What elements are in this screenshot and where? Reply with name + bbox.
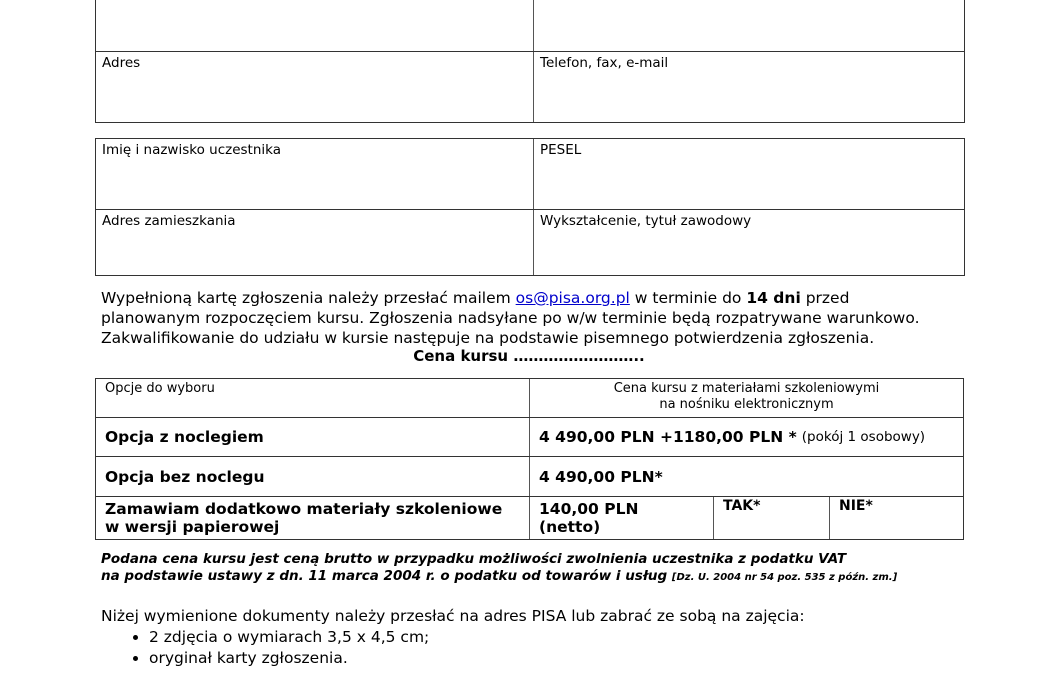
legal-citation: [Dz. U. 2004 nr 54 poz. 535 z późn. zm.] xyxy=(672,572,897,583)
vat-note-line-1: Podana cena kursu jest ceną brutto w prz… xyxy=(101,551,897,568)
paper-materials-line-1: Zamawiam dodatkowo materiały szkoleniowe xyxy=(105,500,520,518)
company-name-row xyxy=(96,0,964,51)
paper-materials-label: Zamawiam dodatkowo materiały szkoleniowe… xyxy=(96,497,530,539)
participant-name-row: Imię i nazwisko uczestnika PESEL xyxy=(96,139,964,209)
company-name-field[interactable] xyxy=(96,0,534,51)
list-item: oryginał karty zgłoszenia. xyxy=(149,648,805,669)
paper-materials-price: 140,00 PLN (netto) xyxy=(530,497,714,539)
option-label: Opcja z noclegiem xyxy=(96,418,530,456)
documents-list: 2 zdjęcia o wymiarach 3,5 x 4,5 cm; oryg… xyxy=(101,627,805,669)
company-nip-field[interactable] xyxy=(534,0,964,51)
company-address-row: Adres Telefon, fax, e-mail xyxy=(96,51,964,122)
price-note: (pokój 1 osobowy) xyxy=(802,429,925,445)
yes-option[interactable]: TAK* xyxy=(714,497,830,539)
price-row-with-accommodation[interactable]: Opcja z noclegiem 4 490,00 PLN +1180,00 … xyxy=(96,417,963,456)
option-label: Opcja bez noclegu xyxy=(96,457,530,496)
instructions-line-1: Wypełnioną kartę zgłoszenia należy przes… xyxy=(101,288,920,308)
price-table: Opcje do wyboru Cena kursu z materiałami… xyxy=(95,378,964,540)
instructions-text: w terminie do xyxy=(630,289,747,307)
instructions-paragraph: Wypełnioną kartę zgłoszenia należy przes… xyxy=(101,288,920,348)
paper-price-line-1: 140,00 PLN xyxy=(539,500,704,518)
vat-note: Podana cena kursu jest ceną brutto w prz… xyxy=(101,551,897,586)
list-item: 2 zdjęcia o wymiarach 3,5 x 4,5 cm; xyxy=(149,627,805,648)
instructions-line-3: Zakwalifikowanie do udziału w kursie nas… xyxy=(101,328,920,348)
required-documents: Niżej wymienione dokumenty należy przesł… xyxy=(101,606,805,669)
address-field[interactable]: Adres xyxy=(96,52,534,122)
deadline-text: 14 dni xyxy=(746,289,800,307)
participant-address-row: Adres zamieszkania Wykształcenie, tytuł … xyxy=(96,209,964,275)
education-field[interactable]: Wykształcenie, tytuł zawodowy xyxy=(534,210,964,275)
home-address-field[interactable]: Adres zamieszkania xyxy=(96,210,534,275)
company-table: Adres Telefon, fax, e-mail xyxy=(95,0,965,123)
contact-field[interactable]: Telefon, fax, e-mail xyxy=(534,52,964,122)
instructions-text: Wypełnioną kartę zgłoszenia należy przes… xyxy=(101,289,516,307)
option-price: 4 490,00 PLN* xyxy=(530,457,963,496)
price-header-line-1: Cena kursu z materiałami szkoleniowymi xyxy=(539,381,954,397)
price-title: Cena kursu …………………….. xyxy=(0,347,1058,365)
option-price: 4 490,00 PLN +1180,00 PLN * (pokój 1 oso… xyxy=(530,425,963,450)
email-link[interactable]: os@pisa.org.pl xyxy=(516,289,630,307)
participant-table: Imię i nazwisko uczestnika PESEL Adres z… xyxy=(95,138,965,276)
instructions-line-2: planowanym rozpoczęciem kursu. Zgłoszeni… xyxy=(101,308,920,328)
price-header-row: Opcje do wyboru Cena kursu z materiałami… xyxy=(96,379,963,417)
paper-price-line-2: (netto) xyxy=(539,518,704,536)
vat-note-text: na podstawie ustawy z dn. 11 marca 2004 … xyxy=(101,568,667,584)
instructions-text: przed xyxy=(801,289,850,307)
participant-name-field[interactable]: Imię i nazwisko uczestnika xyxy=(96,139,534,209)
price-row-paper-materials: Zamawiam dodatkowo materiały szkoleniowe… xyxy=(96,496,963,539)
options-header: Opcje do wyboru xyxy=(96,379,530,417)
vat-note-line-2: na podstawie ustawy z dn. 11 marca 2004 … xyxy=(101,568,897,586)
no-option[interactable]: NIE* xyxy=(830,497,963,539)
price-value: 4 490,00 PLN +1180,00 PLN * xyxy=(539,428,797,446)
price-header-line-2: na nośniku elektronicznym xyxy=(539,397,954,413)
documents-intro: Niżej wymienione dokumenty należy przesł… xyxy=(101,606,805,627)
paper-materials-line-2: w wersji papierowej xyxy=(105,518,520,536)
price-header: Cena kursu z materiałami szkoleniowymi n… xyxy=(530,379,963,417)
pesel-field[interactable]: PESEL xyxy=(534,139,964,209)
price-row-without-accommodation[interactable]: Opcja bez noclegu 4 490,00 PLN* xyxy=(96,456,963,496)
